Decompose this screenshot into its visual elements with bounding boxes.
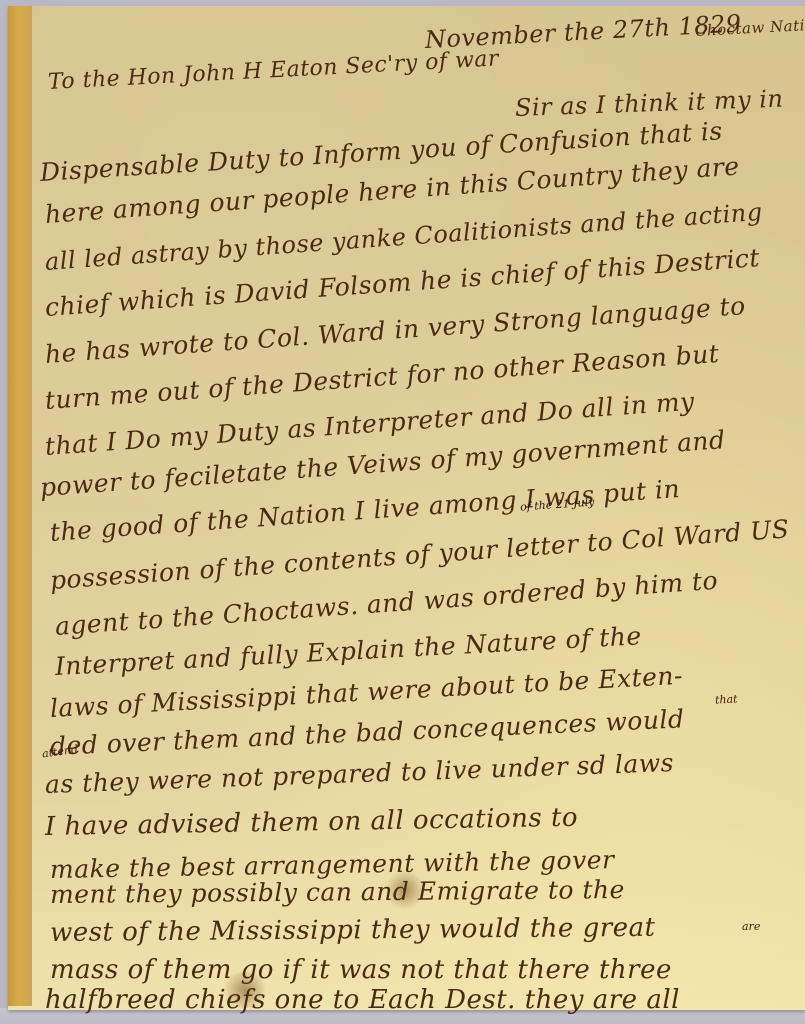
letter-line: west of the Mississippi they would the g… [50, 913, 656, 948]
interlinear-insertion: are [742, 920, 760, 933]
letter-line: ment they possibly can and Emigrate to t… [50, 875, 625, 909]
letter-line: halfbreed chiefs one to Each Dest. they … [45, 985, 680, 1015]
letter-line: mass of them go if it was not that there… [50, 955, 672, 985]
interlinear-insertion: that [715, 692, 738, 706]
binding-strip [8, 6, 32, 1006]
